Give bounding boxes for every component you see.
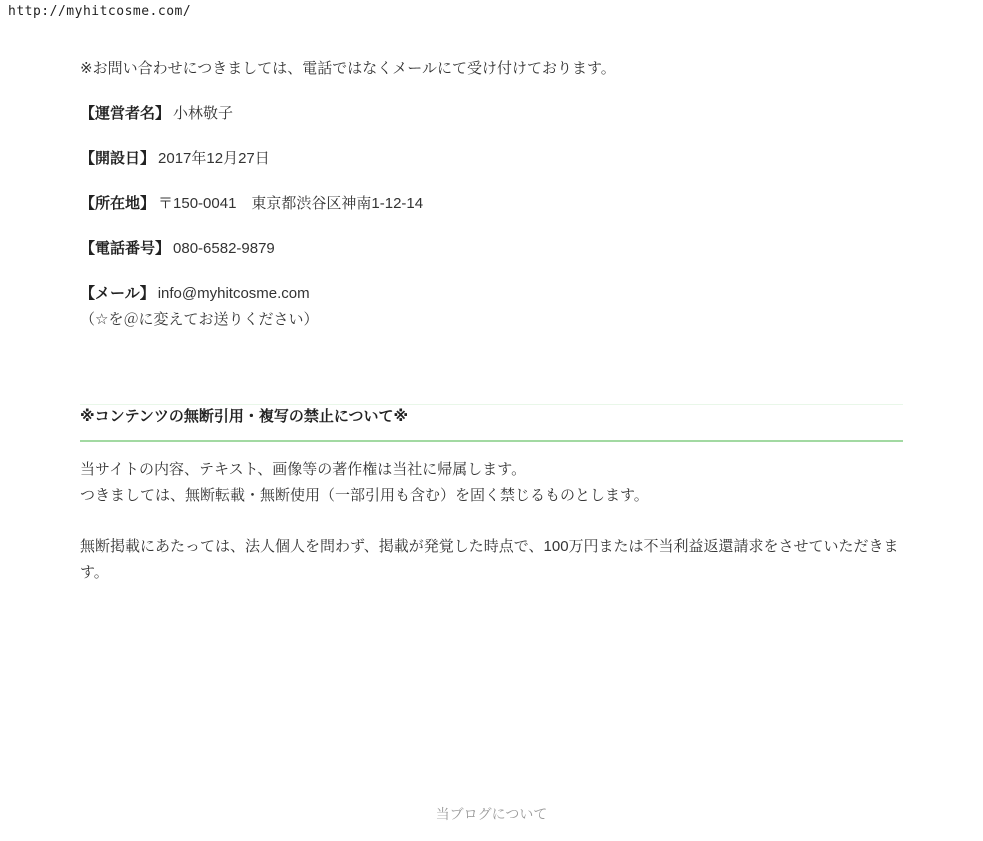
section-heading-no-reproduction: ※コンテンツの無断引用・複写の禁止について※ <box>80 404 903 442</box>
copyright-line-2: つきましては、無断転載・無断使用（一部引用も含む）を固く禁じるものとします。 <box>80 487 649 504</box>
page-footer: 当ブログについて <box>80 803 903 825</box>
info-label-email: 【メール】 <box>80 285 155 302</box>
page-url-label: http://myhitcosme.com/ <box>8 4 191 19</box>
copyright-paragraph: 当サイトの内容、テキスト、画像等の著作権は当社に帰属します。つきましては、無断転… <box>80 457 903 509</box>
info-row-email: 【メール】info@myhitcosme.com（☆を＠に変えてお送りください） <box>80 281 903 333</box>
info-label-operator-name: 【運営者名】 <box>80 105 170 122</box>
copyright-line-1: 当サイトの内容、テキスト、画像等の著作権は当社に帰属します。 <box>80 461 526 478</box>
info-label-phone: 【電話番号】 <box>80 240 170 257</box>
info-label-established-date: 【開設日】 <box>80 150 155 167</box>
info-value-email: info@myhitcosme.com <box>158 285 310 302</box>
info-email-note: （☆を＠に変えてお送りください） <box>80 311 318 328</box>
footer-about-blog-link[interactable]: 当ブログについて <box>436 806 548 822</box>
info-value-address: 〒150-0041 東京都渋谷区神南1-12-14 <box>158 195 423 212</box>
info-row-operator-name: 【運営者名】小林敬子 <box>80 101 903 127</box>
info-label-address: 【所在地】 <box>80 195 155 212</box>
info-value-phone: 080-6582-9879 <box>173 240 275 257</box>
about-page: http://myhitcosme.com/ ※お問い合わせにつきましては、電話… <box>0 0 983 841</box>
info-row-address: 【所在地】〒150-0041 東京都渋谷区神南1-12-14 <box>80 191 903 217</box>
info-row-established-date: 【開設日】2017年12月27日 <box>80 146 903 172</box>
info-row-phone: 【電話番号】080-6582-9879 <box>80 236 903 262</box>
main-content: ※お問い合わせにつきましては、電話ではなくメールにて受け付けております。 【運営… <box>0 0 983 825</box>
info-value-operator-name: 小林敬子 <box>173 105 233 122</box>
unauthorized-use-paragraph: 無断掲載にあたっては、法人個人を問わず、掲載が発覚した時点で、100万円または不… <box>80 534 903 586</box>
info-value-established-date: 2017年12月27日 <box>158 150 270 167</box>
contact-note: ※お問い合わせにつきましては、電話ではなくメールにて受け付けております。 <box>80 56 903 82</box>
